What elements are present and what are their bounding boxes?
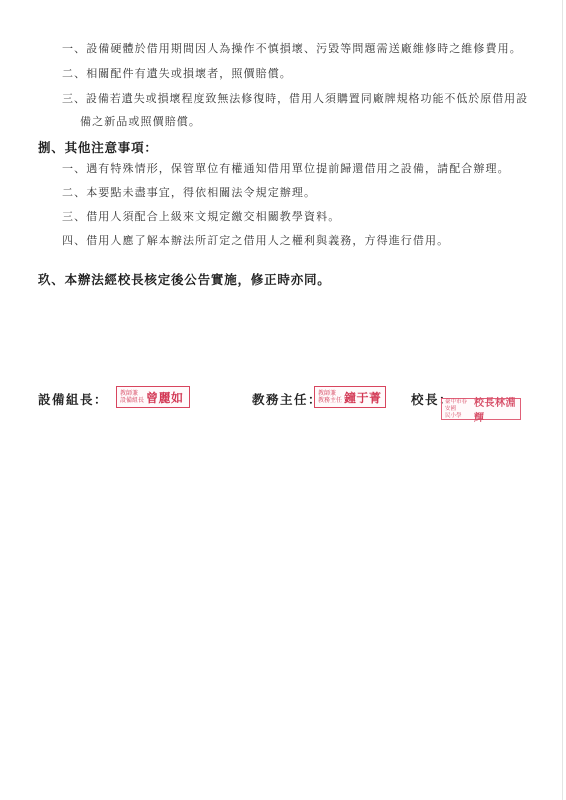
stamp-name: 曾麗如 xyxy=(146,389,184,406)
item-number: 一、 xyxy=(62,42,86,55)
section-8-heading: 捌、其他注意事項： xyxy=(38,138,158,156)
academic-director-stamp: 教師兼 教務主任 鐘于菁 xyxy=(314,386,386,408)
item-text: 設備硬體於借用期間因人為操作不慎損壞、污毀等問題需送廠維修時之維修費用。 xyxy=(86,42,522,55)
item-number: 二、 xyxy=(62,186,86,199)
note-item-2: 二、本要點未盡事宜，得依相關法令規定辦理。 xyxy=(62,184,316,200)
item-number: 二、 xyxy=(62,67,86,80)
item-text: 借用人須配合上級來文規定繳交相關教學資料。 xyxy=(86,210,340,223)
stamp-title: 教師兼 教務主任 xyxy=(318,390,342,404)
stamp-title: 教師兼 設備組長 xyxy=(120,390,144,404)
stamp-title: 臺中市春安國 民小學 xyxy=(445,399,472,420)
equipment-leader-stamp: 教師兼 設備組長 曾麗如 xyxy=(116,386,190,408)
page-edge-line xyxy=(562,0,563,800)
note-item-3: 三、借用人須配合上級來文規定繳交相關教學資料。 xyxy=(62,208,340,224)
item-text: 借用人應了解本辦法所訂定之借用人之權利與義務，方得進行借用。 xyxy=(86,234,449,247)
item-number: 三、 xyxy=(62,92,86,105)
principal-stamp: 臺中市春安國 民小學 校長林淵輝 xyxy=(441,398,521,420)
academic-director-label: 教務主任： xyxy=(252,390,322,408)
item-text: 遇有特殊情形，保管單位有權通知借用單位提前歸還借用之設備，請配合辦理。 xyxy=(86,162,510,175)
stamp-name: 鐘于菁 xyxy=(344,389,382,406)
damage-item-3-continuation: 備之新品或照價賠償。 xyxy=(80,113,201,129)
note-item-4: 四、借用人應了解本辦法所訂定之借用人之權利與義務，方得進行借用。 xyxy=(62,232,449,248)
item-number: 三、 xyxy=(62,210,86,223)
note-item-1: 一、遇有特殊情形，保管單位有權通知借用單位提前歸還借用之設備，請配合辦理。 xyxy=(62,160,510,176)
damage-item-1: 一、設備硬體於借用期間因人為操作不慎損壞、污毀等問題需送廠維修時之維修費用。 xyxy=(62,40,522,56)
equipment-leader-label: 設備組長： xyxy=(38,390,108,408)
item-text: 設備若遺失或損壞程度致無法修復時，借用人須購置同廠牌規格功能不低於原借用設 xyxy=(86,92,528,105)
stamp-name: 校長林淵輝 xyxy=(474,394,517,424)
damage-item-3: 三、設備若遺失或損壞程度致無法修復時，借用人須購置同廠牌規格功能不低於原借用設 xyxy=(62,90,528,106)
item-number: 一、 xyxy=(62,162,86,175)
item-text: 本要點未盡事宜，得依相關法令規定辦理。 xyxy=(86,186,316,199)
item-text: 相關配件有遺失或損壞者，照價賠償。 xyxy=(86,67,292,80)
item-number: 四、 xyxy=(62,234,86,247)
damage-item-2: 二、相關配件有遺失或損壞者，照價賠償。 xyxy=(62,65,292,81)
section-9-heading: 玖、本辦法經校長核定後公告實施，修正時亦同。 xyxy=(38,270,331,288)
